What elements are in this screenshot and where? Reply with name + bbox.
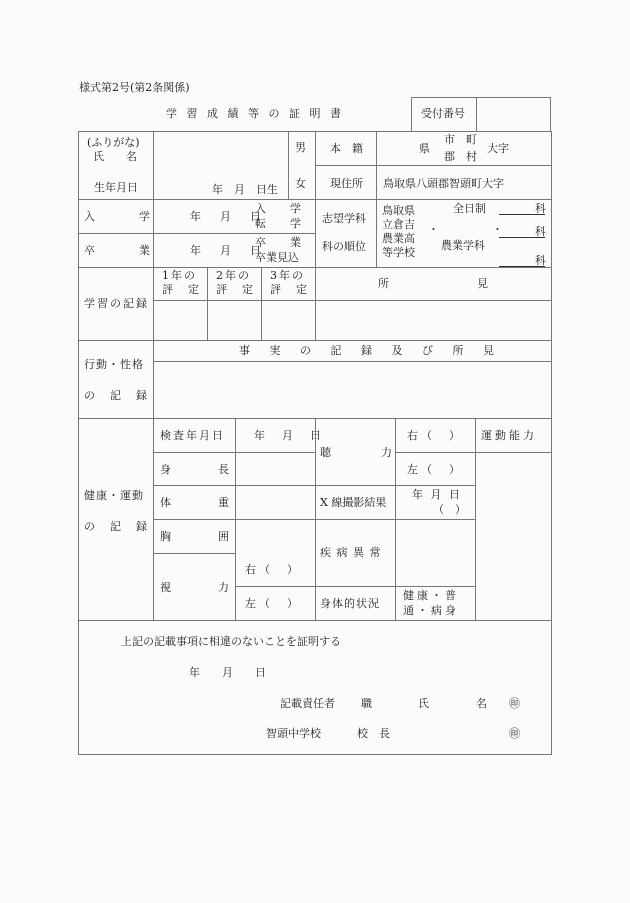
dot: ・ bbox=[428, 224, 439, 235]
certification-date-field[interactable]: 年 月 日 bbox=[189, 667, 266, 678]
dot: ・ bbox=[492, 224, 503, 235]
hearing-label: 聴 bbox=[320, 447, 331, 458]
entry-label: 入 bbox=[84, 211, 95, 222]
entry-date-field[interactable]: 年 月 日 bbox=[190, 211, 265, 222]
name-label: 氏 名 bbox=[93, 151, 137, 162]
behavior-label: 行動・性格 bbox=[84, 359, 144, 370]
chest-label-2: 囲 bbox=[218, 531, 229, 542]
name-field[interactable] bbox=[155, 133, 286, 163]
desired-course-label: 志望学科 bbox=[322, 213, 366, 224]
grade-header-1: 1年の bbox=[162, 270, 197, 281]
receipt-label: 受付番号 bbox=[421, 108, 465, 119]
disease-label: 疾 病 異 常 bbox=[320, 547, 382, 558]
physical-condition-label: 身体的状況 bbox=[320, 598, 380, 609]
honseki-gun: 郡 bbox=[444, 151, 455, 162]
disease-field[interactable] bbox=[397, 521, 474, 585]
honseki-label: 本 籍 bbox=[330, 143, 363, 154]
grade-header-3-sub: 評 定 bbox=[270, 284, 309, 295]
hearing-right-field[interactable]: 右（ ） bbox=[407, 430, 463, 441]
grade-header-2-sub: 評 定 bbox=[216, 284, 255, 295]
xray-date-field[interactable]: 年 月 日 bbox=[412, 489, 462, 500]
grad-type-sotsugyo-2: 業 bbox=[290, 237, 301, 248]
school-name-line: 等学校 bbox=[382, 247, 415, 258]
school-name-line: 農業高 bbox=[382, 233, 415, 244]
entry-type-nyugaku[interactable]: 入 bbox=[255, 203, 266, 214]
physical-option-healthy[interactable]: 健康・普 bbox=[403, 590, 459, 601]
physical-option-normal-sick[interactable]: 通・病身 bbox=[403, 605, 459, 616]
principal-label: 校 長 bbox=[357, 728, 390, 739]
sex-female[interactable]: 女 bbox=[295, 178, 306, 189]
ka-2: 科 bbox=[535, 226, 546, 237]
entry-label-2: 学 bbox=[139, 211, 150, 222]
grade-2-field[interactable] bbox=[209, 302, 260, 339]
ka-1: 科 bbox=[535, 203, 546, 214]
behavior-header: 事 実 の 記 録 及 び 所 見 bbox=[239, 345, 502, 356]
name-label-mei: 名 bbox=[476, 698, 487, 709]
entry-type-nyugaku-2: 学 bbox=[290, 203, 301, 214]
xray-label: X 線撮影結果 bbox=[320, 497, 386, 508]
vision-label-2: 力 bbox=[218, 582, 229, 593]
honseki-oaza: 大字 bbox=[487, 143, 509, 154]
chest-field[interactable] bbox=[237, 521, 314, 552]
recorder-label: 記載責任者 bbox=[280, 698, 335, 709]
behavior-label-2: の 記 録 bbox=[84, 390, 149, 401]
priority-label: 科の順位 bbox=[322, 241, 366, 252]
chest-label: 胸 bbox=[160, 531, 171, 542]
course-fulltime: 全日制 bbox=[453, 203, 486, 214]
grade-1-field[interactable] bbox=[155, 302, 206, 339]
remarks-header: 所 見 bbox=[378, 278, 488, 289]
honseki-mura: 村 bbox=[466, 151, 477, 162]
address-field[interactable]: 鳥取県八頭郡智頭町大字 bbox=[383, 178, 504, 189]
page-title: 学 習 成 績 等 の 証 明 書 bbox=[166, 108, 344, 119]
position-label: 職 bbox=[361, 698, 372, 709]
grade-header-3: 3年の bbox=[270, 270, 305, 281]
vision-left-field[interactable]: 左（ ） bbox=[245, 598, 301, 609]
sex-male[interactable]: 男 bbox=[295, 142, 306, 153]
hearing-label-2: 力 bbox=[381, 447, 392, 458]
certification-statement: 上記の記載事項に相違のないことを証明する bbox=[121, 636, 341, 647]
motor-ability-field[interactable] bbox=[477, 454, 550, 619]
ka-3: 科 bbox=[535, 255, 546, 266]
school-name: 智頭中学校 bbox=[266, 728, 321, 739]
height-label: 身 bbox=[160, 464, 171, 475]
seal-icon: ㊞ bbox=[509, 698, 520, 709]
receipt-number-field[interactable] bbox=[478, 99, 549, 129]
grade-header-1-sub: 評 定 bbox=[162, 284, 201, 295]
xray-result-field[interactable]: （ ） bbox=[433, 504, 466, 515]
vision-label: 視 bbox=[160, 582, 171, 593]
form-number: 様式第2号(第2条関係) bbox=[79, 82, 190, 93]
weight-field[interactable] bbox=[237, 487, 314, 518]
school-name-line: 鳥取県 bbox=[382, 205, 415, 216]
exam-date-field[interactable]: 年 月 日 bbox=[254, 430, 324, 441]
graduation-label: 卒 bbox=[84, 245, 95, 256]
grade-header-2: 2年の bbox=[216, 270, 251, 281]
height-field[interactable] bbox=[237, 454, 314, 484]
motor-ability-label: 運動能力 bbox=[481, 430, 537, 441]
grade-3-field[interactable] bbox=[263, 302, 314, 339]
height-label-2: 長 bbox=[218, 464, 229, 475]
birth-date-field[interactable]: 年 月 日生 bbox=[212, 184, 278, 195]
honseki-ken: 県 bbox=[419, 143, 430, 154]
remarks-field[interactable] bbox=[317, 302, 550, 339]
graduation-label-2: 業 bbox=[139, 245, 150, 256]
behavior-field[interactable] bbox=[155, 363, 550, 417]
weight-label-2: 重 bbox=[218, 497, 229, 508]
vision-right-field[interactable]: 右（ ） bbox=[245, 564, 301, 575]
exam-date-label: 検査年月日 bbox=[160, 430, 225, 441]
birth-date-label: 生年月日 bbox=[94, 182, 138, 193]
furigana-label: (ふりがな) bbox=[87, 137, 140, 148]
honseki-machi: 町 bbox=[466, 134, 477, 145]
name-label-shi: 氏 bbox=[418, 698, 429, 709]
academic-record-label: 学習の記録 bbox=[84, 298, 149, 309]
school-name-line: 立倉吉 bbox=[382, 219, 415, 230]
address-label: 現住所 bbox=[330, 178, 363, 189]
grad-type-mikomi[interactable]: 卒業見込 bbox=[255, 252, 299, 263]
hearing-left-field[interactable]: 左（ ） bbox=[407, 464, 463, 475]
grad-type-sotsugyo[interactable]: 卒 bbox=[255, 237, 266, 248]
entry-type-tengaku-2: 学 bbox=[290, 218, 301, 229]
course-agriculture: 農業学科 bbox=[441, 240, 485, 251]
graduation-date-field[interactable]: 年 月 日 bbox=[190, 245, 265, 256]
weight-label: 体 bbox=[160, 497, 171, 508]
health-label: 健康・運動 bbox=[84, 490, 144, 501]
principal-seal-icon: ㊞ bbox=[509, 728, 520, 739]
entry-type-tengaku[interactable]: 転 bbox=[255, 218, 266, 229]
health-label-2: の 記 録 bbox=[84, 521, 149, 532]
honseki-shi: 市 bbox=[444, 134, 455, 145]
